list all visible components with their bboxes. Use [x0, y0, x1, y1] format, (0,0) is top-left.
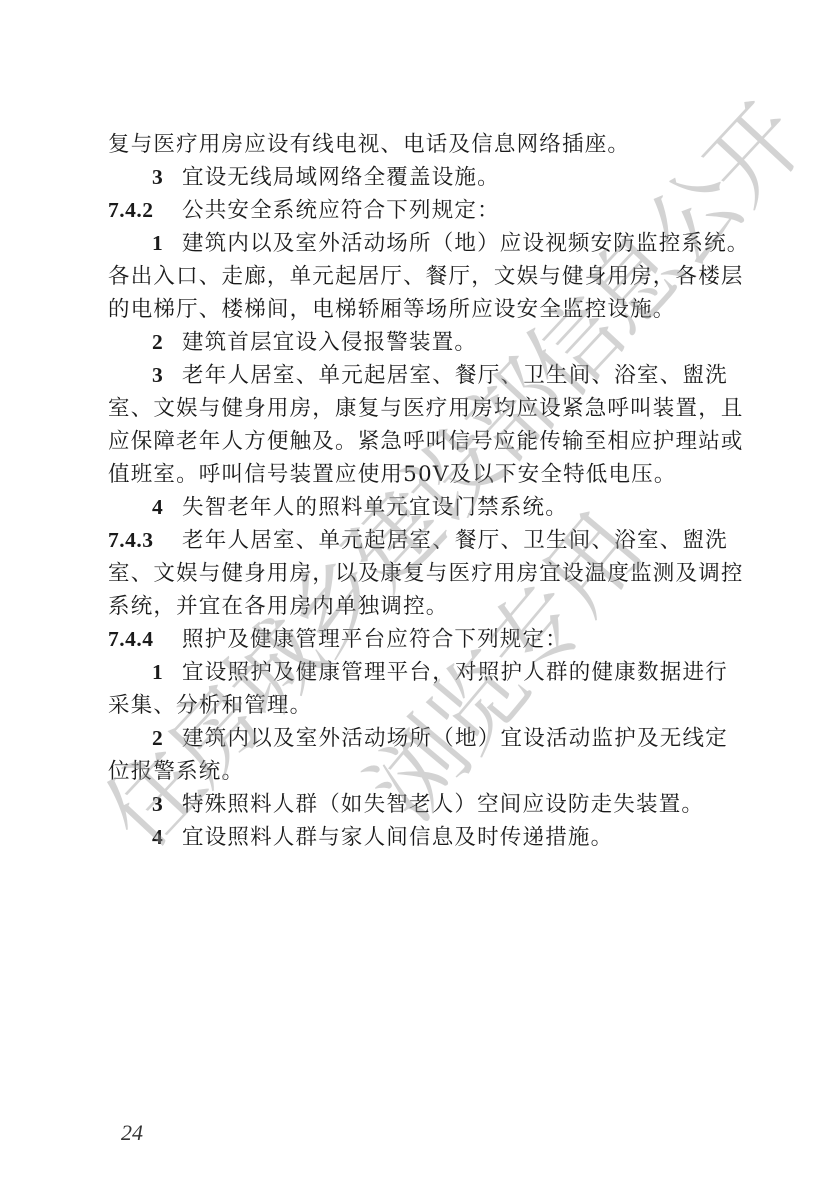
list-item-line: 4失智老年人的照料单元宜设门禁系统。 — [108, 491, 728, 524]
line-text: 值班室。呼叫信号装置应使用50V及以下安全特低电压。 — [108, 462, 677, 487]
page-number: 24 — [121, 1120, 143, 1146]
list-item-line: 2建筑首层宜设入侵报警装置。 — [108, 326, 728, 359]
line-text: 位报警系统。 — [108, 759, 244, 784]
line-text: 的电梯厅、楼梯间，电梯轿厢等场所应设安全监控设施。 — [108, 297, 676, 322]
line-text: 室、文娱与健身用房，康复与医疗用房均应设紧急呼叫装置，且 — [108, 396, 744, 421]
list-item-line: 2建筑内以及室外活动场所（地）宜设活动监护及无线定 — [108, 722, 728, 755]
list-item-line: 3宜设无线局域网络全覆盖设施。 — [108, 161, 728, 194]
line-text: 应保障老年人方便触及。紧急呼叫信号应能传输至相应护理站或 — [108, 429, 744, 454]
clause-line: 7.4.3老年人居室、单元起居室、餐厅、卫生间、浴室、盥洗 — [108, 524, 728, 557]
document-page: 复与医疗用房应设有线电视、电话及信息网络插座。3宜设无线局域网络全覆盖设施。7.… — [0, 0, 827, 1198]
line-text: 采集、分析和管理。 — [108, 693, 312, 718]
list-item-line: 1建筑内以及室外活动场所（地）应设视频安防监控系统。 — [108, 227, 728, 260]
list-item-line: 3老年人居室、单元起居室、餐厅、卫生间、浴室、盥洗 — [108, 359, 728, 392]
list-item-line: 1宜设照护及健康管理平台，对照护人群的健康数据进行 — [108, 656, 728, 689]
line-text: 各出入口、走廊，单元起居厅、餐厅，文娱与健身用房，各楼层 — [108, 264, 744, 289]
clause-line: 7.4.2公共安全系统应符合下列规定： — [108, 194, 728, 227]
clause-number: 7.4.4 — [108, 623, 182, 656]
item-number: 3 — [152, 788, 182, 821]
list-item-line: 4宜设照料人群与家人间信息及时传递措施。 — [108, 821, 728, 854]
text-line: 室、文娱与健身用房，康复与医疗用房均应设紧急呼叫装置，且 — [108, 392, 728, 425]
line-text: 系统，并宜在各用房内单独调控。 — [108, 594, 449, 619]
item-number: 4 — [152, 821, 182, 854]
line-text: 失智老年人的照料单元宜设门禁系统。 — [182, 495, 568, 520]
clause-line: 7.4.4照护及健康管理平台应符合下列规定： — [108, 623, 728, 656]
text-line: 各出入口、走廊，单元起居厅、餐厅，文娱与健身用房，各楼层 — [108, 260, 728, 293]
item-number: 2 — [152, 722, 182, 755]
line-text: 建筑内以及室外活动场所（地）宜设活动监护及无线定 — [182, 726, 728, 751]
clause-number: 7.4.3 — [108, 524, 182, 557]
text-line: 复与医疗用房应设有线电视、电话及信息网络插座。 — [108, 128, 728, 161]
line-text: 特殊照料人群（如失智老人）空间应设防走失装置。 — [182, 792, 704, 817]
body-text: 复与医疗用房应设有线电视、电话及信息网络插座。3宜设无线局域网络全覆盖设施。7.… — [108, 128, 728, 854]
line-text: 复与医疗用房应设有线电视、电话及信息网络插座。 — [108, 132, 630, 157]
text-line: 位报警系统。 — [108, 755, 728, 788]
item-number: 1 — [152, 656, 182, 689]
item-number: 3 — [152, 161, 182, 194]
text-line: 室、文娱与健身用房，以及康复与医疗用房宜设温度监测及调控 — [108, 557, 728, 590]
line-text: 照护及健康管理平台应符合下列规定： — [182, 627, 568, 652]
line-text: 宜设无线局域网络全覆盖设施。 — [182, 165, 500, 190]
text-line: 值班室。呼叫信号装置应使用50V及以下安全特低电压。 — [108, 458, 728, 491]
line-text: 建筑内以及室外活动场所（地）应设视频安防监控系统。 — [182, 231, 750, 256]
item-number: 1 — [152, 227, 182, 260]
text-line: 采集、分析和管理。 — [108, 689, 728, 722]
line-text: 室、文娱与健身用房，以及康复与医疗用房宜设温度监测及调控 — [108, 561, 744, 586]
item-number: 2 — [152, 326, 182, 359]
text-line: 系统，并宜在各用房内单独调控。 — [108, 590, 728, 623]
line-text: 宜设照料人群与家人间信息及时传递措施。 — [182, 825, 613, 850]
item-number: 4 — [152, 491, 182, 524]
item-number: 3 — [152, 359, 182, 392]
line-text: 老年人居室、单元起居室、餐厅、卫生间、浴室、盥洗 — [182, 528, 728, 553]
line-text: 宜设照护及健康管理平台，对照护人群的健康数据进行 — [182, 660, 728, 685]
text-line: 的电梯厅、楼梯间，电梯轿厢等场所应设安全监控设施。 — [108, 293, 728, 326]
line-text: 公共安全系统应符合下列规定： — [182, 198, 500, 223]
clause-number: 7.4.2 — [108, 194, 182, 227]
line-text: 建筑首层宜设入侵报警装置。 — [182, 330, 477, 355]
line-text: 老年人居室、单元起居室、餐厅、卫生间、浴室、盥洗 — [182, 363, 728, 388]
text-line: 应保障老年人方便触及。紧急呼叫信号应能传输至相应护理站或 — [108, 425, 728, 458]
list-item-line: 3特殊照料人群（如失智老人）空间应设防走失装置。 — [108, 788, 728, 821]
